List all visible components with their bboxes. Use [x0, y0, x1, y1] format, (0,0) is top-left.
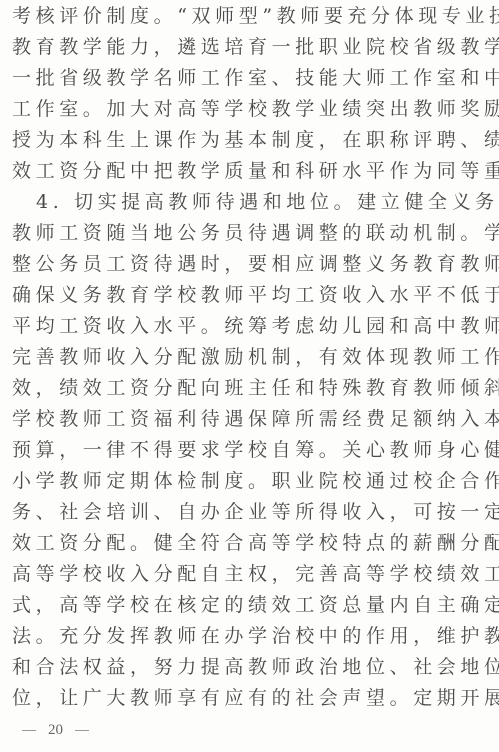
text-line: 高等学校收入分配自主权，完善高等学校绩效工资分配方: [12, 562, 492, 586]
text-line: 完善教师收入分配激励机制，有效体现教师工作量和工作绩: [12, 345, 492, 369]
text-line: 小学教师定期体检制度。职业院校通过校企合作、技术服: [12, 469, 492, 493]
text-line: 和合法权益，努力提高教师政治地位、社会地位、职业地: [12, 655, 492, 679]
text-line: 工作室。加大对高等学校教学业绩突出教师奖励力度，将教: [12, 97, 492, 121]
text-line: 效工资分配。健全符合高等学校特点的薪酬分配制度，扩大: [12, 531, 492, 555]
text-line: 教师工资随当地公务员待遇调整的联动机制。学校所在地调: [12, 221, 492, 245]
document-page: 考核评价制度。“双师型”教师要充分体现专业技能水平、 教育教学能力，遴选培育一批…: [0, 0, 499, 752]
text-line: 平均工资收入水平。统筹考虑幼儿园和高中教师工资待遇。: [12, 314, 492, 338]
text-line: 一批省级教学名师工作室、技能大师工作室和中职名班主任: [12, 66, 492, 90]
text-line: 位，让广大教师享有应有的社会声望。定期开展徐特立教育: [12, 686, 492, 710]
dash-right: [75, 730, 89, 731]
page-number-text: 20: [48, 722, 63, 739]
text-line: 确保义务教育学校教师平均工资收入水平不低于当地公务员: [12, 283, 492, 307]
text-line: 效工资分配中把教学质量和科研水平作为同等重要依据。: [12, 159, 492, 183]
text-line: 授为本科生上课作为基本制度，在职称评聘、绩效考核和绩: [12, 128, 492, 152]
text-line: 式，高等学校在核定的绩效工资总量内自主确定收入分配办: [12, 593, 492, 617]
page-number: 20: [22, 722, 89, 739]
dash-left: [22, 730, 36, 731]
text-line: 教育教学能力，遴选培育一批职业院校省级教学名师，建设: [12, 35, 492, 59]
text-line: 法。充分发挥教师在办学治校中的作用，维护教师职业尊严: [12, 624, 492, 648]
text-line: 考核评价制度。“双师型”教师要充分体现专业技能水平、: [12, 4, 492, 28]
section-heading-line: 4. 切实提高教师待遇和地位。建立健全义务教育学校: [36, 190, 492, 214]
text-line: 学校教师工资福利待遇保障所需经费足额纳入本级政府财政: [12, 407, 492, 431]
text-line: 效，绩效工资分配向班主任和特殊教育教师倾斜。义务教育: [12, 376, 492, 400]
text-line: 整公务员工资待遇时，要相应调整义务教育教师工资待遇，: [12, 252, 492, 276]
text-line: 预算，一律不得要求学校自筹。关心教师身心健康，落实中: [12, 438, 492, 462]
text-line: 务、社会培训、自办企业等所得收入，可按一定比例纳入绩: [12, 500, 492, 524]
